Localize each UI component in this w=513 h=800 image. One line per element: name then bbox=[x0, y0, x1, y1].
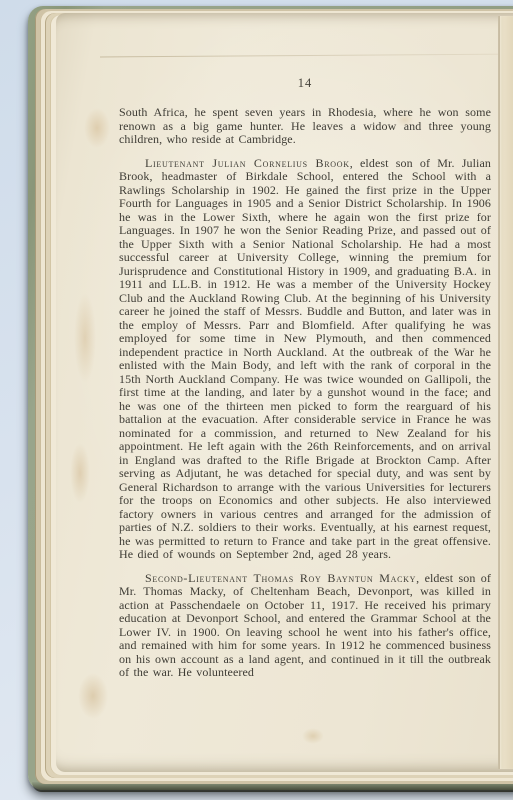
foxing-spot bbox=[70, 443, 90, 503]
paragraph-lead-name: Lieutenant Julian Cornelius Brook bbox=[145, 156, 350, 170]
book: 14 South Africa, he spent seven years in… bbox=[0, 0, 513, 800]
paragraph: South Africa, he spent seven years in Rh… bbox=[119, 106, 491, 147]
page-number: 14 bbox=[119, 76, 491, 91]
paragraph: Lieutenant Julian Cornelius Brook, eldes… bbox=[119, 157, 491, 562]
foxing-spot bbox=[78, 673, 108, 719]
next-page-edge bbox=[498, 16, 513, 769]
paragraph-lead-name: Second-Lieutenant Thomas Roy Bayntun Mac… bbox=[145, 571, 416, 585]
foxing-spot bbox=[84, 108, 110, 148]
page-content: 14 South Africa, he spent seven years in… bbox=[119, 76, 491, 690]
page-top-crease bbox=[100, 54, 513, 58]
foxing-spot bbox=[302, 728, 324, 744]
paragraph: Second-Lieutenant Thomas Roy Bayntun Mac… bbox=[119, 572, 491, 680]
paragraph-text: , eldest son of Mr. Julian Brook, headma… bbox=[119, 156, 491, 562]
paragraph-text: , eldest son of Mr. Thomas Macky, of Che… bbox=[119, 571, 491, 680]
photo-background: 14 South Africa, he spent seven years in… bbox=[0, 0, 513, 800]
foxing-spot bbox=[74, 293, 96, 383]
paragraph-text: South Africa, he spent seven years in Rh… bbox=[119, 105, 491, 146]
